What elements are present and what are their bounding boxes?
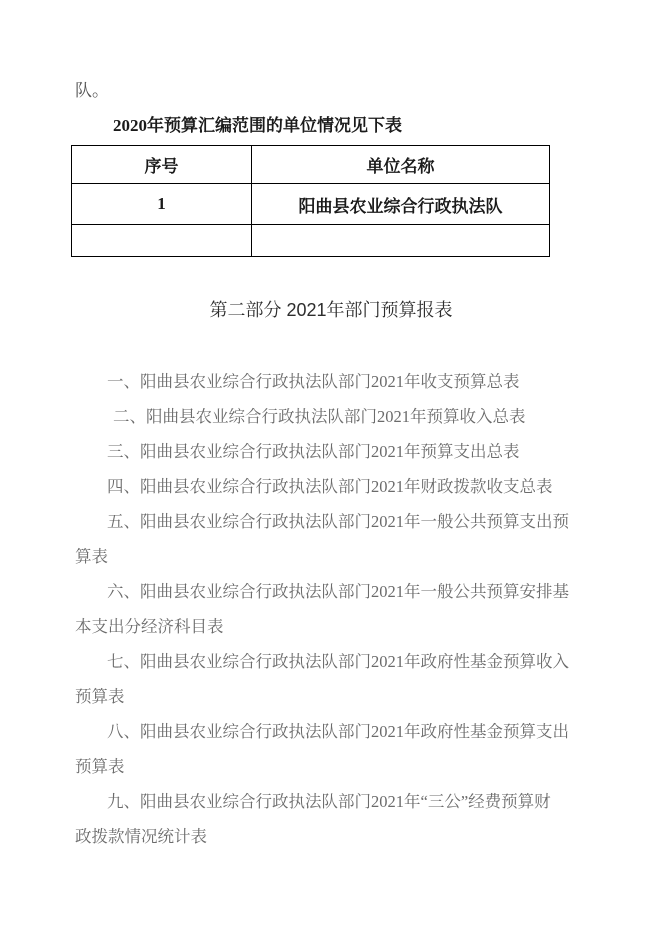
table-row: 1 阳曲县农业综合行政执法队 [72, 184, 550, 225]
table-header-row: 序号 单位名称 [72, 146, 550, 184]
document-page: 队。 2020年预算汇编范围的单位情况见下表 序号 单位名称 1 阳曲县农业综合… [0, 0, 662, 936]
cell-row1-index: 1 [72, 184, 252, 225]
report-list-item-9: 九、阳曲县农业综合行政执法队部门2021年“三公”经费预算财 政拨款情况统计表 [75, 784, 600, 854]
cell-row2-index [72, 225, 252, 257]
report-list-item-7: 七、阳曲县农业综合行政执法队部门2021年政府性基金预算收入 预算表 [75, 644, 600, 714]
header-cell-index: 序号 [72, 146, 252, 184]
cell-row1-unit-name: 阳曲县农业综合行政执法队 [252, 184, 550, 225]
section-title: 第二部分 2021年部门预算报表 [0, 293, 662, 328]
report-list-item-4: 四、阳曲县农业综合行政执法队部门2021年财政拨款收支总表 [75, 469, 600, 504]
table-row-empty [72, 225, 550, 257]
header-cell-unit-name: 单位名称 [252, 146, 550, 184]
report-list: 一、阳曲县农业综合行政执法队部门2021年收支预算总表 二、阳曲县农业综合行政执… [75, 364, 600, 854]
report-list-item-5: 五、阳曲县农业综合行政执法队部门2021年一般公共预算支出预 算表 [75, 504, 600, 574]
report-list-item-6: 六、阳曲县农业综合行政执法队部门2021年一般公共预算安排基 本支出分经济科目表 [75, 574, 600, 644]
units-table: 序号 单位名称 1 阳曲县农业综合行政执法队 [71, 145, 550, 257]
table-caption: 2020年预算汇编范围的单位情况见下表 [75, 108, 592, 143]
cell-row2-unit-name [252, 225, 550, 257]
report-list-item-3: 三、阳曲县农业综合行政执法队部门2021年预算支出总表 [75, 434, 600, 469]
report-list-item-8: 八、阳曲县农业综合行政执法队部门2021年政府性基金预算支出 预算表 [75, 714, 600, 784]
report-list-item-2: 二、阳曲县农业综合行政执法队部门2021年预算收入总表 [75, 399, 600, 434]
intro-paragraph: 队。 [75, 73, 592, 108]
report-list-item-1: 一、阳曲县农业综合行政执法队部门2021年收支预算总表 [75, 364, 600, 399]
